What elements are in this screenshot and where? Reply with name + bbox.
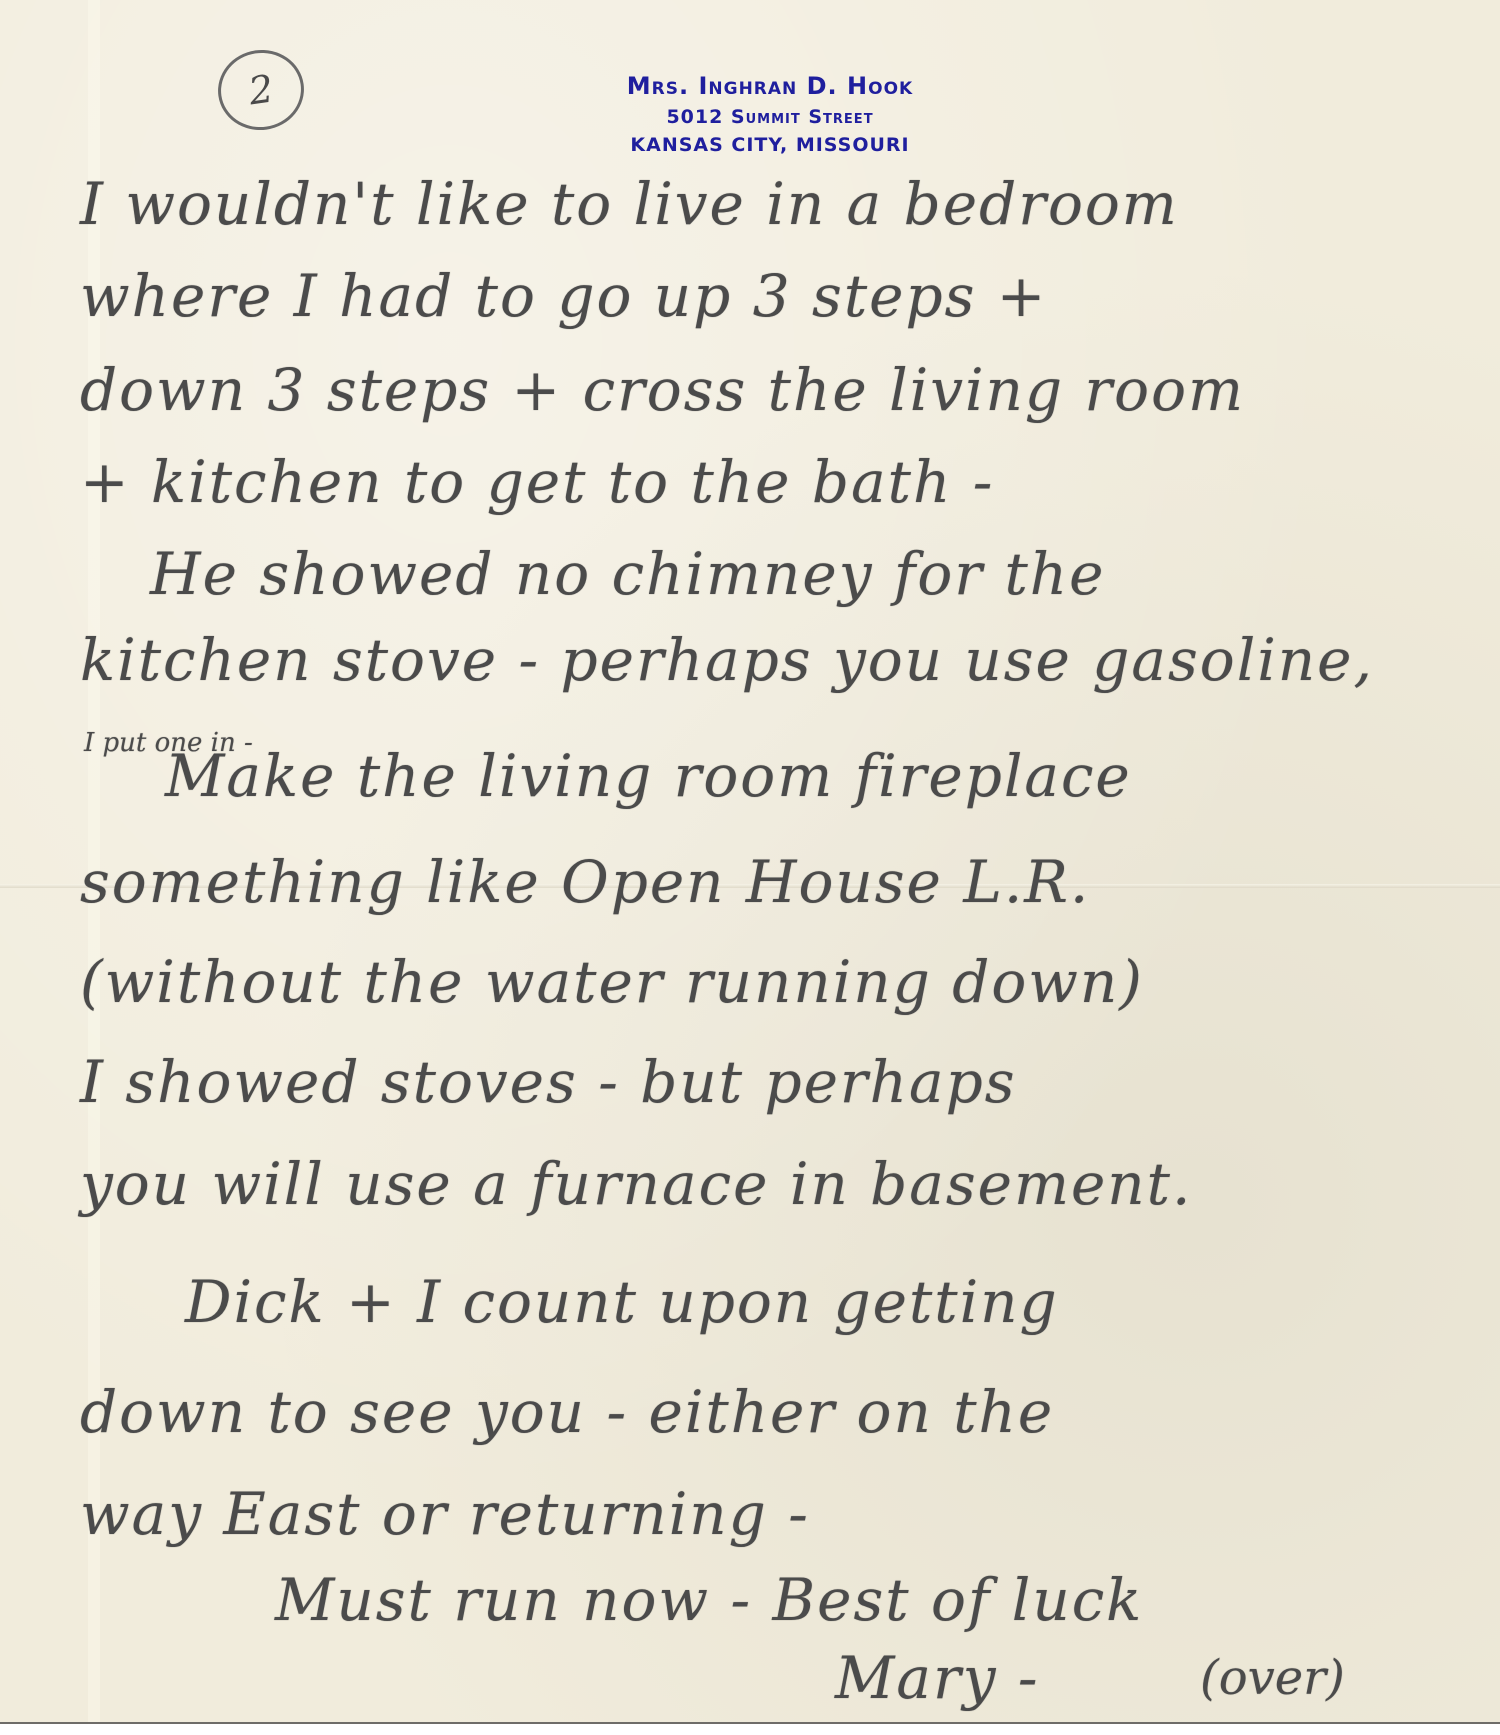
handwritten-line-4: + kitchen to get to the bath - xyxy=(80,448,994,516)
signature: Mary - xyxy=(835,1644,1040,1712)
handwritten-line-10: I showed stoves - but perhaps xyxy=(80,1048,1016,1116)
handwritten-line-12: Dick + I count upon getting xyxy=(185,1268,1059,1336)
over-note: (over) xyxy=(1200,1650,1345,1706)
letterhead: Mrs. Inghran D. Hook 5012 Summit Street … xyxy=(560,72,980,156)
handwritten-line-13: down to see you - either on the xyxy=(80,1378,1054,1446)
handwritten-line-15: Must run now - Best of luck xyxy=(275,1566,1143,1634)
letterhead-city: KANSAS CITY, MISSOURI xyxy=(560,134,980,156)
page-number-text: 2 xyxy=(246,67,276,114)
handwritten-line-6: kitchen stove - perhaps you use gasoline… xyxy=(80,626,1374,694)
handwritten-line-8: something like Open House L.R. xyxy=(80,848,1090,916)
handwritten-line-3: down 3 steps + cross the living room xyxy=(80,356,1245,424)
handwritten-line-1: I wouldn't like to live in a bedroom xyxy=(80,170,1179,238)
handwritten-line-11: you will use a furnace in basement. xyxy=(80,1150,1192,1218)
handwritten-line-7: Make the living room fireplace xyxy=(165,742,1132,810)
handwritten-line-5: He showed no chimney for the xyxy=(150,540,1105,608)
letterhead-street: 5012 Summit Street xyxy=(560,106,980,128)
handwritten-line-14: way East or returning - xyxy=(80,1480,810,1548)
handwritten-line-9: (without the water running down) xyxy=(80,948,1144,1016)
handwritten-line-2: where I had to go up 3 steps + xyxy=(80,262,1047,330)
letter-page: 2 Mrs. Inghran D. Hook 5012 Summit Stree… xyxy=(0,0,1500,1724)
letterhead-name: Mrs. Inghran D. Hook xyxy=(560,72,980,100)
circled-page-number: 2 xyxy=(213,44,309,135)
